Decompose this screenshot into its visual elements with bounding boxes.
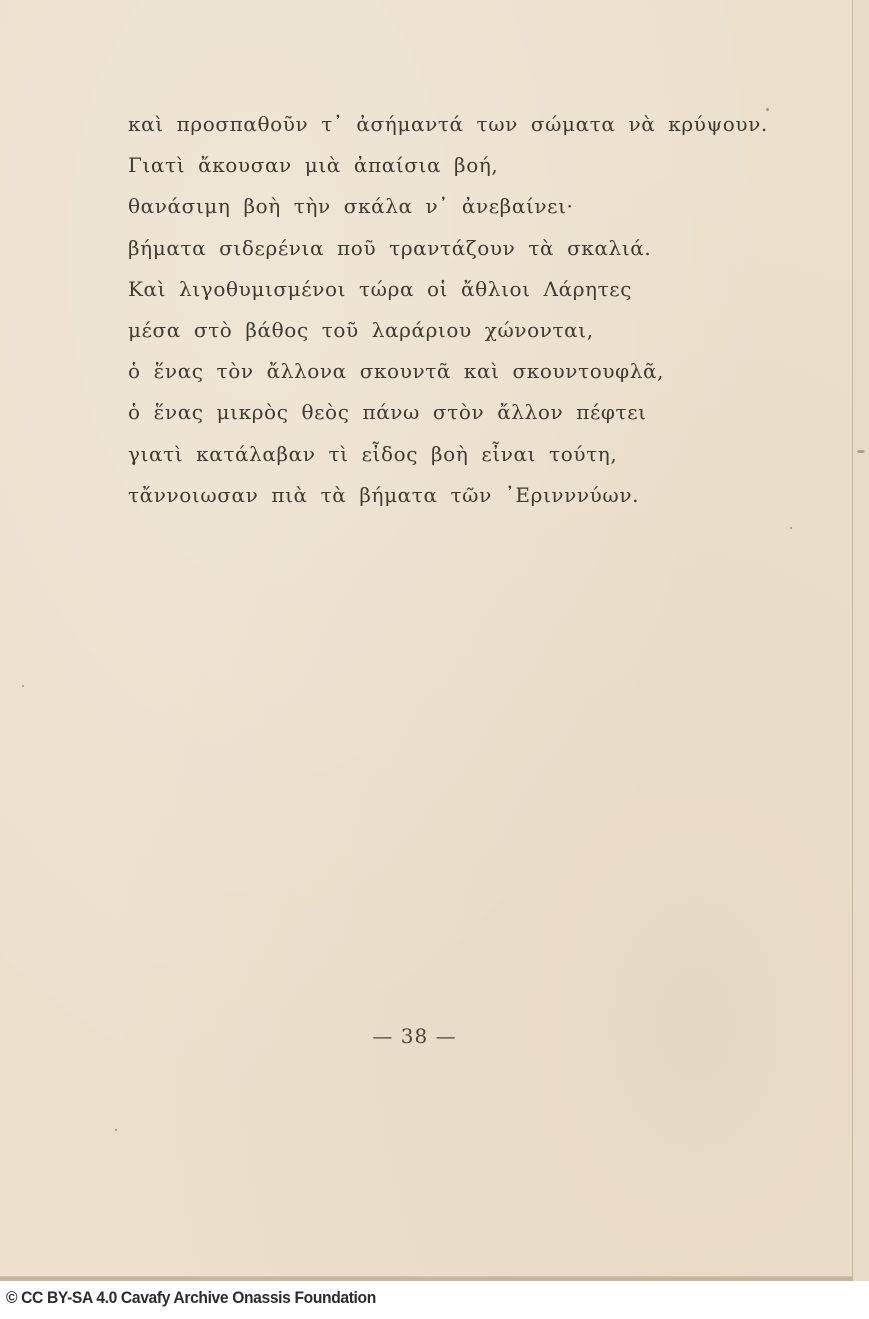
poem-line: γιατὶ κατάλαβαν τὶ εἶδος βοὴ εἶναι τούτη…	[128, 434, 768, 475]
poem-text: καὶ προσπαθοῦν τ᾿ ἀσήμαντά των σώματα νὰ…	[128, 104, 768, 516]
paper-speck	[857, 450, 865, 453]
scanned-page: καὶ προσπαθοῦν τ᾿ ἀσήμαντά των σώματα νὰ…	[0, 0, 869, 1281]
paper-speck	[22, 685, 24, 687]
poem-line: ὁ ἕνας τὸν ἄλλονα σκουντᾶ καὶ σκουντουφλ…	[128, 351, 768, 392]
poem-line: μέσα στὸ βάθος τοῦ λαράριου χώνονται,	[128, 310, 768, 351]
poem-line: βήματα σιδερένια ποῦ τραντάζουν τὰ σκαλι…	[128, 228, 768, 269]
copyright-notice: © CC BY-SA 4.0 Cavafy Archive Onassis Fo…	[6, 1288, 376, 1308]
page-edge-line	[852, 0, 853, 1281]
poem-line: καὶ προσπαθοῦν τ᾿ ἀσήμαντά των σώματα νὰ…	[128, 104, 768, 145]
poem-line: ὁ ἕνας μικρὸς θεὸς πάνω στὸν ἄλλον πέφτε…	[128, 392, 768, 433]
paper-speck	[790, 527, 792, 529]
page-number: — 38 —	[0, 1024, 849, 1048]
poem-line: θανάσιμη βοὴ τὴν σκάλα ν᾿ ἀνεβαίνει·	[128, 186, 768, 227]
poem-line: Καὶ λιγοθυμισμένοι τώρα οἱ ἄθλιοι Λάρητε…	[128, 269, 768, 310]
page-edge-strip	[853, 0, 869, 1281]
poem-line: Γιατὶ ἄκουσαν μιὰ ἀπαίσια βοή,	[128, 145, 768, 186]
poem-line: τἄννοιωσαν πιὰ τὰ βήματα τῶν ᾿Ερινννύων.	[128, 475, 768, 516]
page-bottom-edge	[0, 1276, 852, 1279]
paper-speck	[115, 1129, 117, 1131]
paper-speck	[766, 108, 769, 111]
